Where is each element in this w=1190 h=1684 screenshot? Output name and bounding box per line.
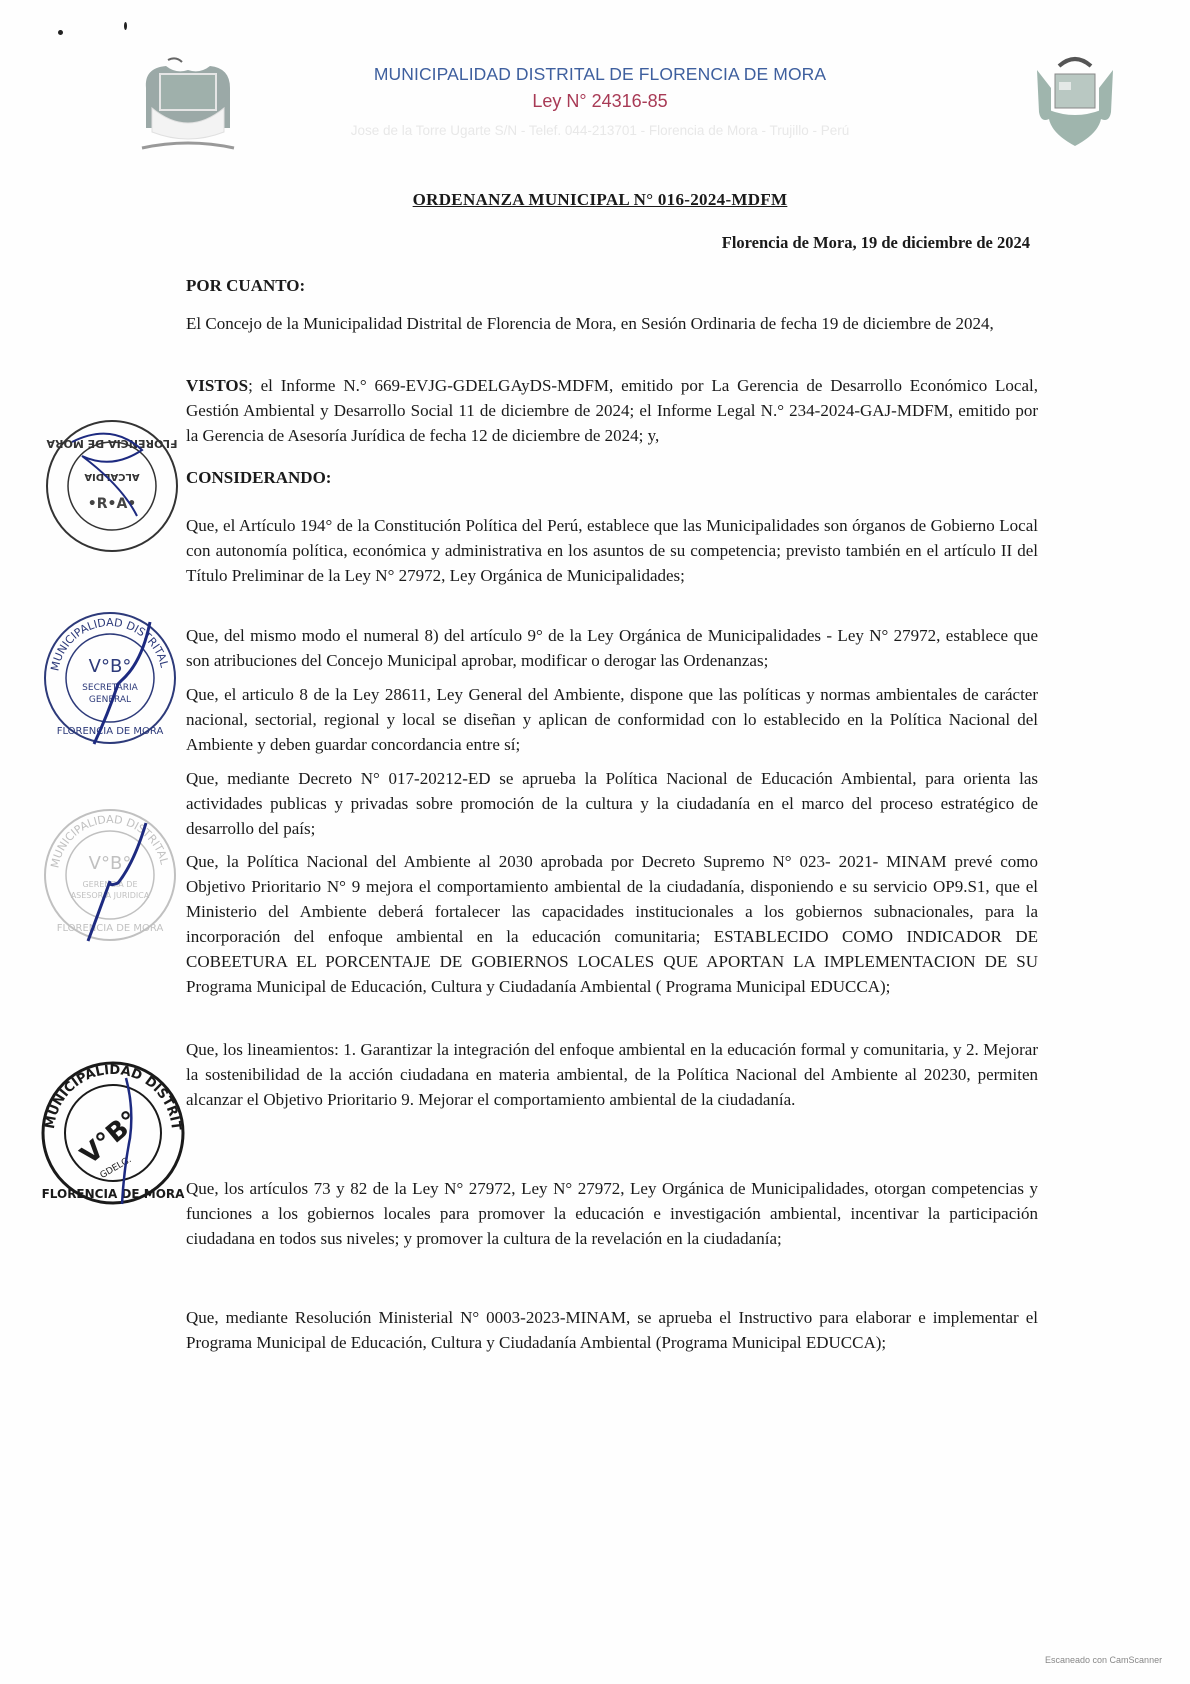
institution-name: MUNICIPALIDAD DISTRITAL DE FLORENCIA DE … xyxy=(300,64,900,85)
svg-text:ALCALDIA: ALCALDIA xyxy=(84,471,140,482)
scan-speck xyxy=(58,30,63,35)
intro-paragraph: El Concejo de la Municipalidad Distrital… xyxy=(186,311,1038,336)
considerando-paragraph: Que, el Artículo 194° de la Constitución… xyxy=(186,513,1038,588)
institution-address: Jose de la Torre Ugarte S/N - Telef. 044… xyxy=(250,123,950,138)
peru-coat-of-arms-icon xyxy=(1035,52,1115,152)
por-cuanto-heading: POR CUANTO: xyxy=(186,276,305,296)
document-page: MUNICIPALIDAD DISTRITAL DE FLORENCIA DE … xyxy=(0,0,1190,1684)
stamp-alcaldia: FLORENCIA DE MORA ALCALDIA •R•A• xyxy=(42,416,182,561)
institution-law: Ley N° 24316-85 xyxy=(300,91,900,112)
vistos-paragraph: VISTOS; el Informe N.° 669-EVJG-GDELGAyD… xyxy=(186,373,1038,448)
considerando-paragraph: Que, la Política Nacional del Ambiente a… xyxy=(186,849,1038,999)
stamp-gdelgayds: MUNICIPALIDAD DISTRITAL V°B° GDELG. FLOR… xyxy=(38,1058,188,1213)
svg-text:FLORENCIA DE MORA: FLORENCIA DE MORA xyxy=(42,1187,186,1201)
svg-text:FLORENCIA DE MORA: FLORENCIA DE MORA xyxy=(57,726,164,737)
considerando-paragraph: Que, los lineamientos: 1. Garantizar la … xyxy=(186,1037,1038,1112)
vistos-label: VISTOS xyxy=(186,376,248,395)
considerando-paragraph: Que, mediante Resolución Ministerial N° … xyxy=(186,1305,1038,1355)
considerando-heading: CONSIDERANDO: xyxy=(186,468,331,488)
svg-text:SECRETARIA: SECRETARIA xyxy=(82,683,138,693)
svg-text:V°B°: V°B° xyxy=(89,656,132,677)
vistos-text: ; el Informe N.° 669-EVJG-GDELGAyDS-MDFM… xyxy=(186,376,1038,445)
considerando-paragraph: Que, los artículos 73 y 82 de la Ley N° … xyxy=(186,1176,1038,1251)
municipal-crest-logo xyxy=(138,48,238,158)
signature-stroke xyxy=(40,805,180,950)
svg-text:V°B°: V°B° xyxy=(75,1105,145,1170)
considerando-paragraph: Que, mediante Decreto N° 017-20212-ED se… xyxy=(186,766,1038,841)
considerando-paragraph: Que, del mismo modo el numeral 8) del ar… xyxy=(186,623,1038,673)
ordinance-title: ORDENANZA MUNICIPAL N° 016-2024-MDFM xyxy=(150,190,1050,210)
stamp-secretaria-general: MUNICIPALIDAD DISTRITAL V°B° SECRETARIA … xyxy=(40,608,180,753)
svg-text:FLORENCIA DE MORA: FLORENCIA DE MORA xyxy=(46,437,177,450)
scanner-watermark: Escaneado con CamScanner xyxy=(1045,1655,1162,1665)
scan-speck xyxy=(124,22,127,30)
considerando-paragraph: Que, el articulo 8 de la Ley 28611, Ley … xyxy=(186,682,1038,757)
document-date: Florencia de Mora, 19 de diciembre de 20… xyxy=(722,233,1030,253)
